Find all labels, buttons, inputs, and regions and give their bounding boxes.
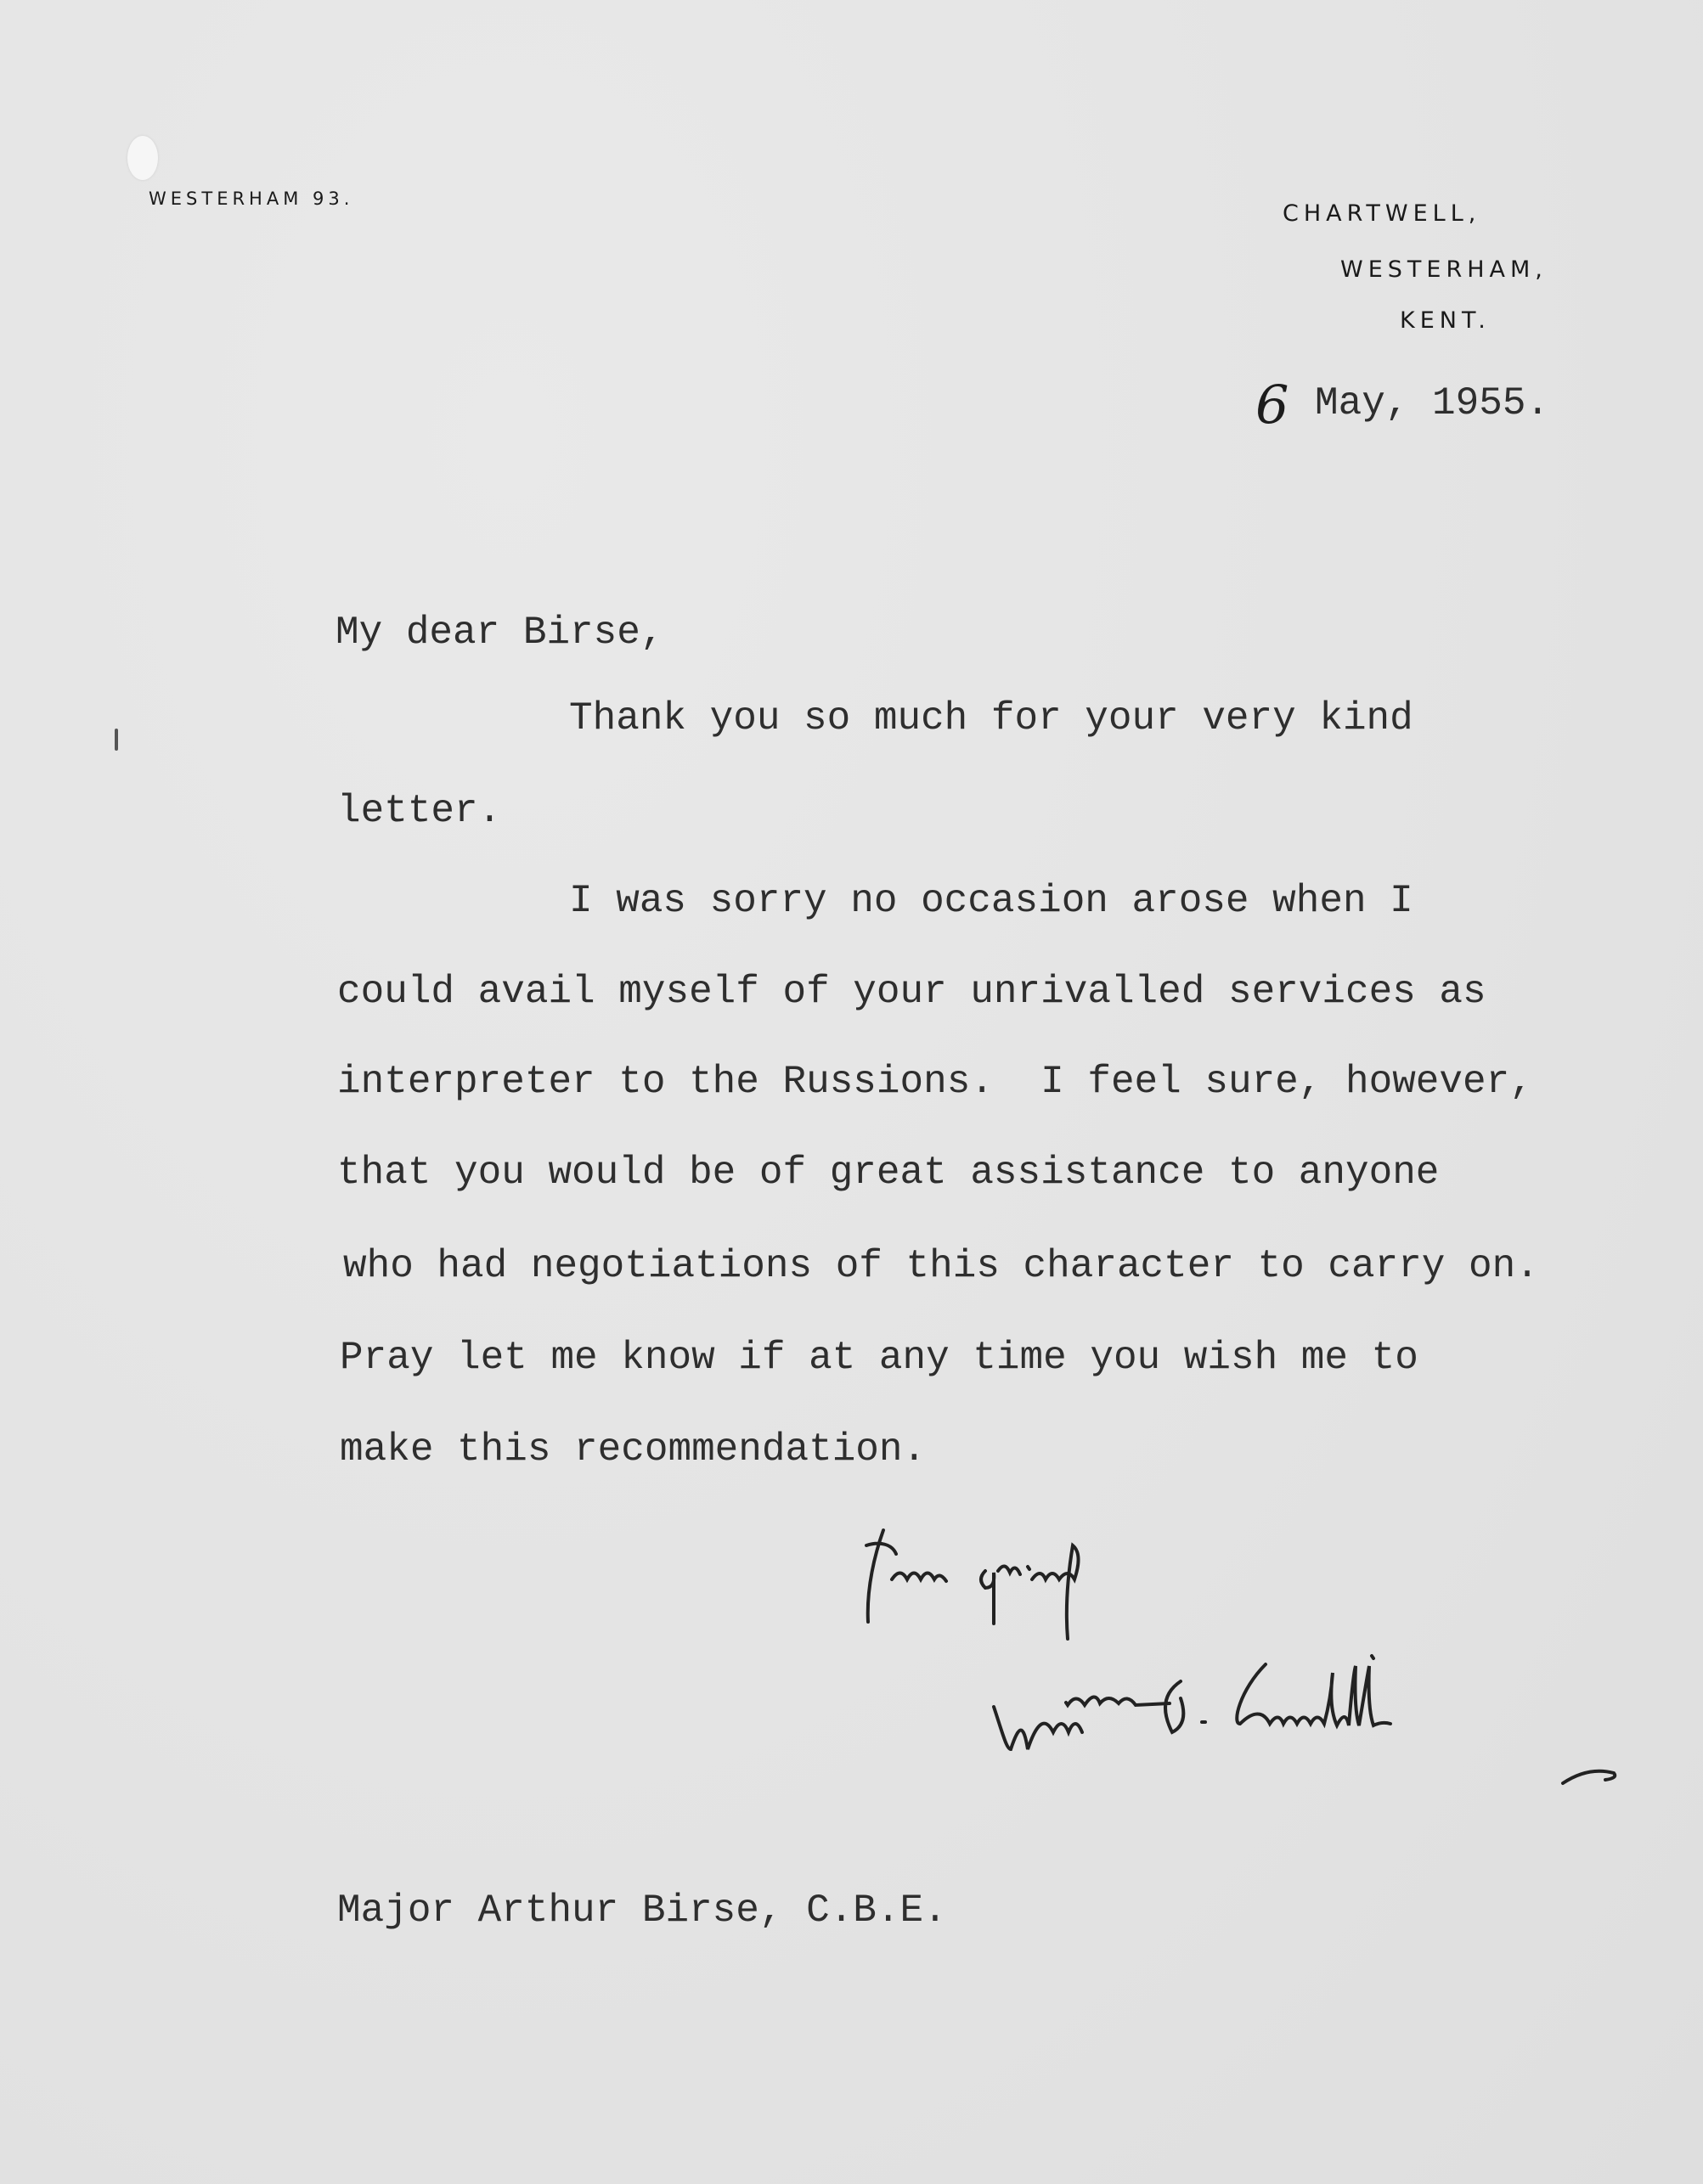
date-day-handwritten: 6: [1255, 374, 1289, 436]
punch-hole: [127, 136, 158, 180]
closing-script-icon: [858, 1520, 1130, 1647]
body-line: Pray let me know if at any time you wish…: [340, 1338, 1418, 1377]
date-typed: May, 1955.: [1315, 384, 1549, 423]
salutation: My dear Birse,: [336, 613, 663, 652]
addressee: Major Arthur Birse, C.B.E.: [337, 1891, 947, 1930]
body-line: could avail myself of your unrivalled se…: [337, 972, 1486, 1011]
margin-mark: [115, 729, 118, 751]
letterhead-address-line-1: CHARTWELL,: [1283, 200, 1480, 227]
body-line: Thank you so much for your very kind: [569, 699, 1413, 738]
body-line: interpreter to the Russions. I feel sure…: [337, 1062, 1533, 1101]
signature-script-icon: [985, 1639, 1656, 1809]
letterhead-address-line-3: KENT.: [1400, 307, 1491, 334]
letterhead-telephone: WESTERHAM 93.: [149, 189, 353, 209]
body-line: that you would be of great assistance to…: [337, 1153, 1439, 1192]
body-line: make this recommendation.: [340, 1430, 926, 1469]
body-line: I was sorry no occasion arose when I: [569, 881, 1413, 920]
letterhead-address-line-2: WESTERHAM,: [1340, 256, 1548, 283]
body-line: who had negotiations of this character t…: [343, 1247, 1539, 1286]
body-line: letter.: [337, 791, 501, 830]
